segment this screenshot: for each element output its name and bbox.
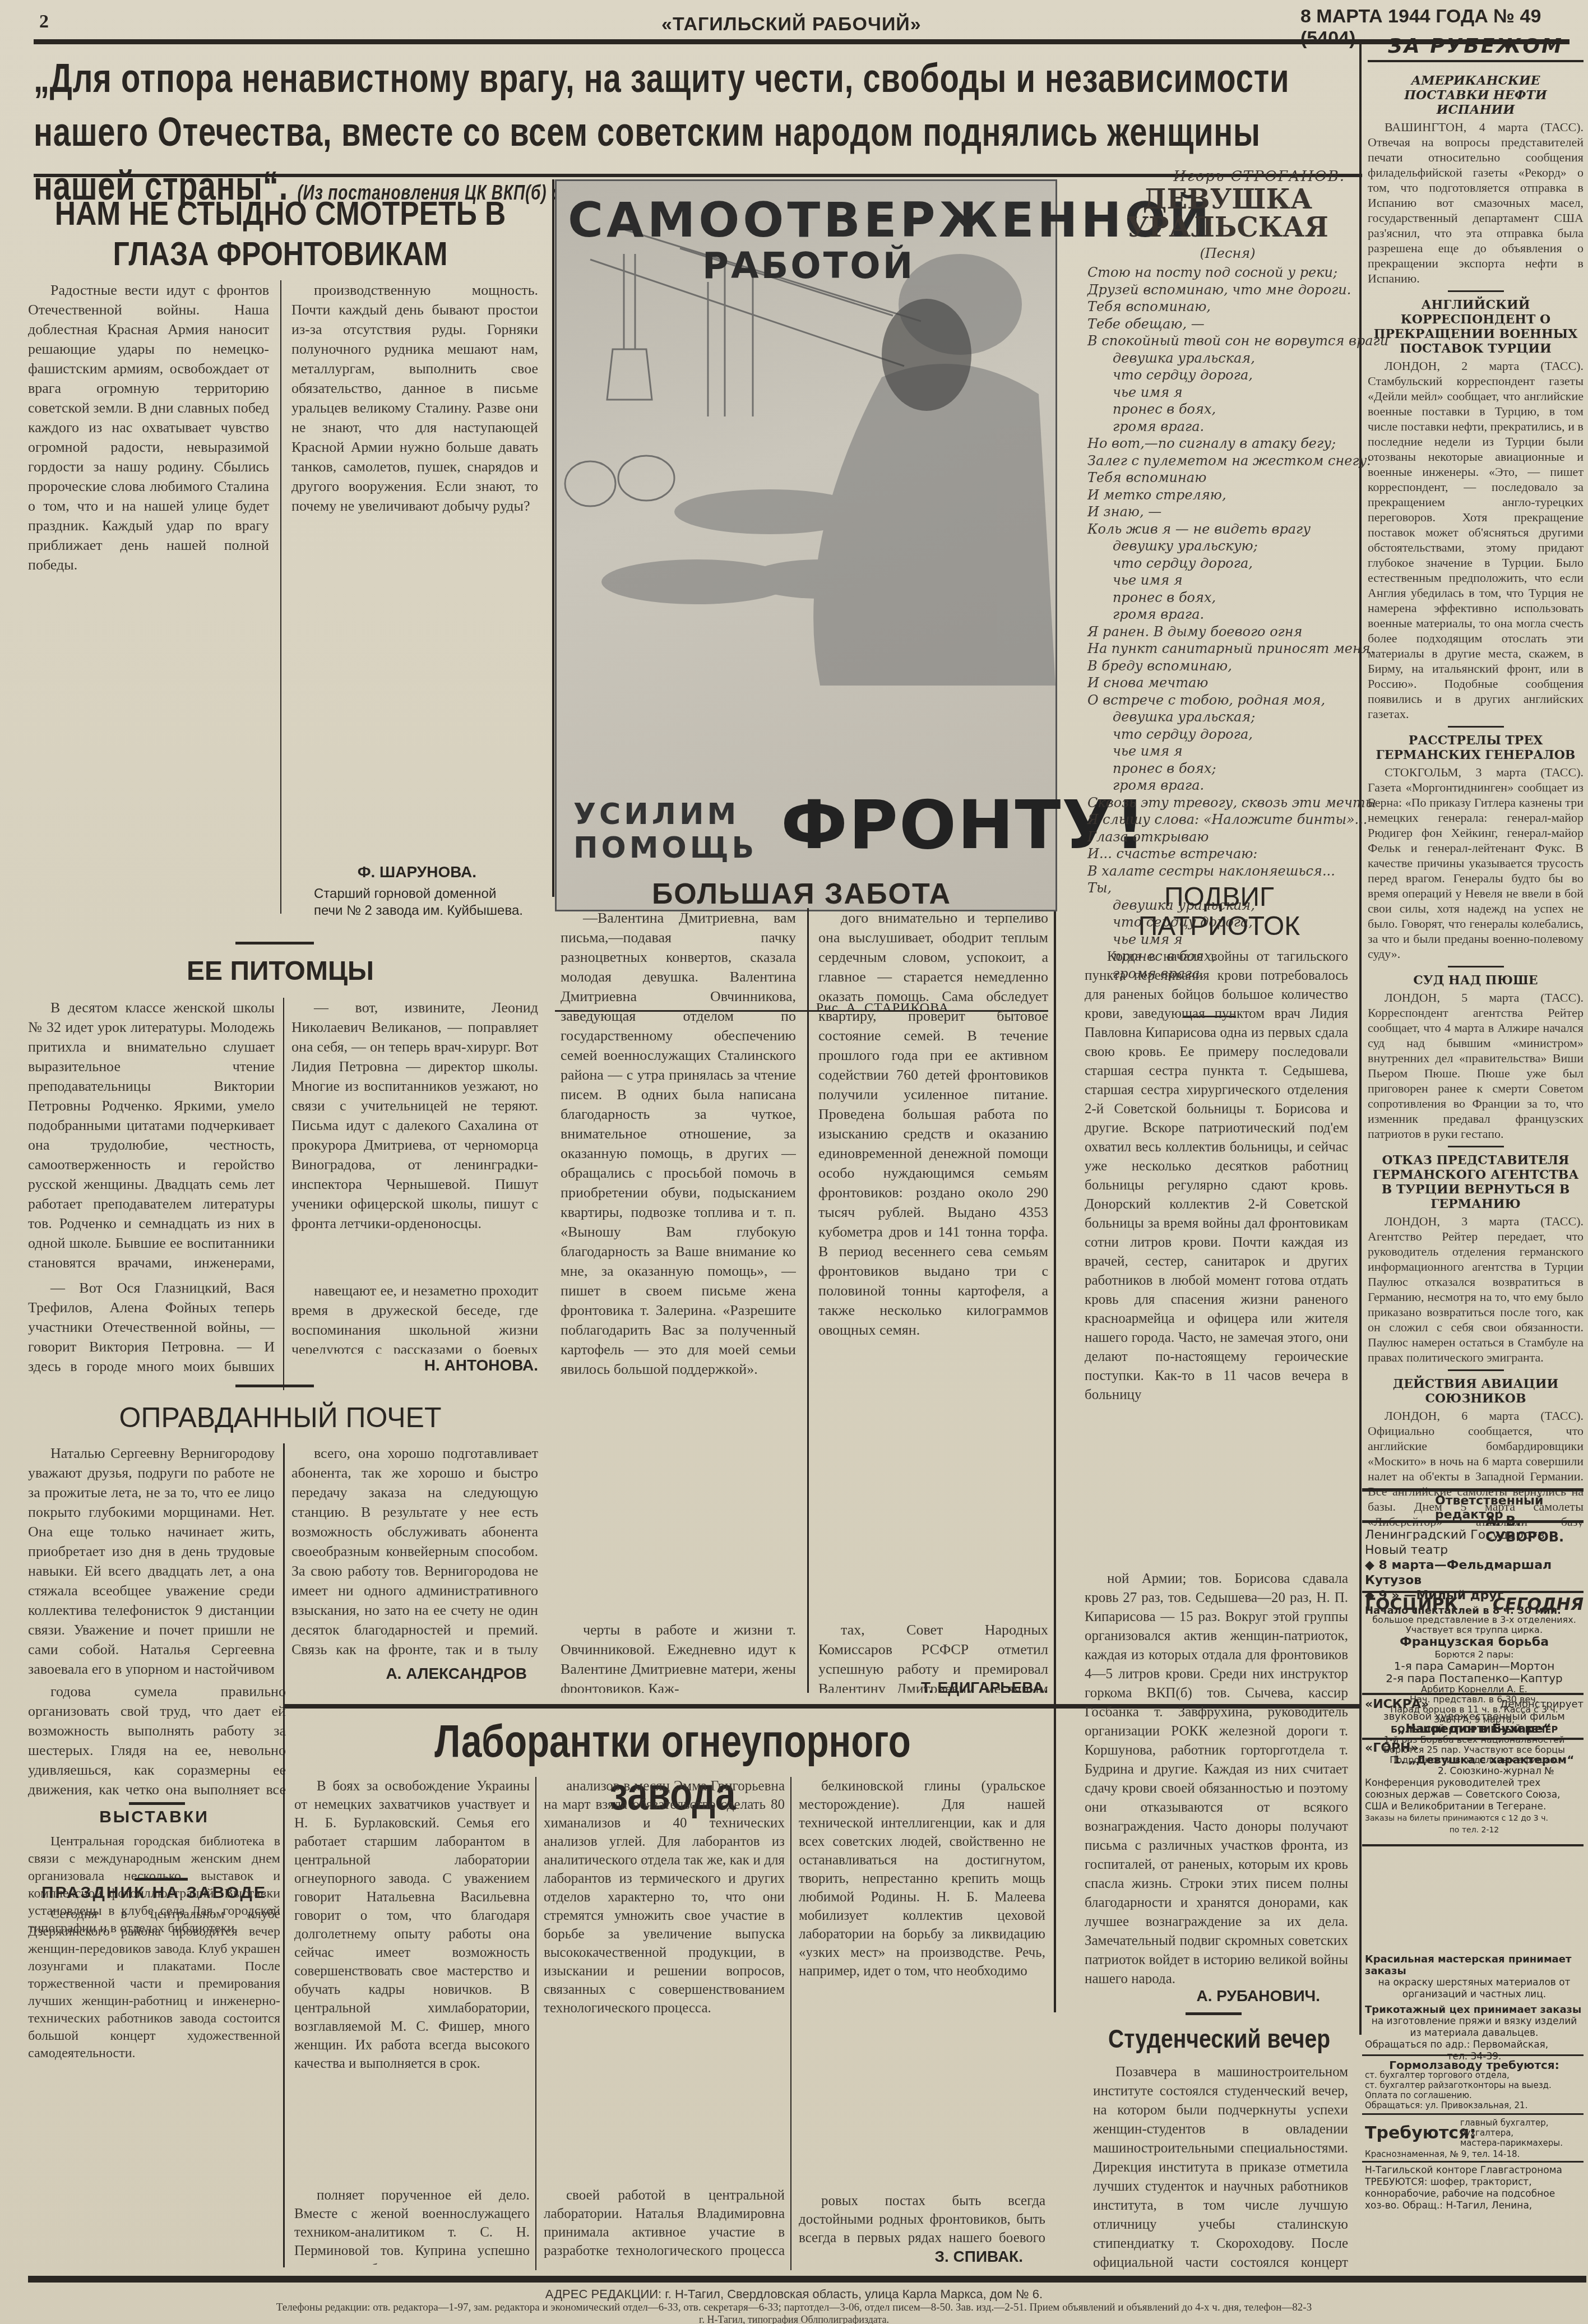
poem-line: Коль жив я — не видеть врагу (1087, 521, 1368, 538)
poem-line: девушку уральскую; (1087, 538, 1368, 555)
divider (1362, 1520, 1584, 1523)
divider (135, 1878, 188, 1881)
newspaper-page: 2 «ТАГИЛЬСКИЙ РАБОЧИЙ» 8 МАРТА 1944 ГОДА… (0, 0, 1588, 2324)
poem-line: что сердцу дорога, (1087, 367, 1368, 384)
article-body: — Вот Ося Глазницкий, Вася Трефилов, Але… (28, 1278, 275, 1379)
divider (1448, 1146, 1504, 1147)
page-number: 2 (39, 11, 49, 33)
article-body: — вот, извините, Леонид Николаевич Велик… (291, 998, 538, 1278)
poem-line: Сквозь эту тревогу, сквозь эти мечты (1087, 794, 1368, 812)
article-body: В десятом классе женской школы № 32 идет… (28, 998, 275, 1278)
article-body: всего, она хорошо подготавливает абонент… (291, 1443, 538, 1662)
footer: АДРЕС РЕДАКЦИИ: г. Н-Тагил, Свердловская… (0, 2287, 1588, 2324)
iskra-cinema-ad: «ИСКРА»Демонстрирует звуковой художестве… (1365, 1698, 1584, 1735)
poster-bottom-small: УСИЛИМ ПОМОЩЬ (573, 798, 757, 865)
divider (1186, 2012, 1242, 2015)
column-divider (535, 1777, 536, 2270)
news-headline: РАССТРЕЛЫ ТРЕХ ГЕРМАНСКИХ ГЕНЕРАЛОВ (1368, 733, 1584, 762)
poem-lines: Стою на посту под сосной у реки;Друзей в… (1087, 264, 1368, 982)
poem-line: Друзей вспоминаю, что мне дороги. (1087, 281, 1368, 299)
divider (1448, 290, 1504, 292)
poem-line: громя врага. (1087, 606, 1368, 623)
section-title-abroad: ЗА РУБЕЖОМ (1368, 35, 1584, 62)
divider (1362, 1844, 1584, 1846)
article-title: НАМ НЕ СТЫДНО СМОТРЕТЬ В ГЛАЗА ФРОНТОВИК… (49, 193, 512, 274)
poem-line: И снова мечтаю (1087, 674, 1368, 692)
article-signature: А. РУБАНОВИЧ. (1085, 1987, 1320, 2005)
signature-note: Старший горновой доменной печи № 2 завод… (314, 886, 527, 919)
dye-shop-ad: Красильная мастерская принимает заказы н… (1365, 1953, 1584, 2063)
article-body: Когда в начале войны от тагильского пунк… (1085, 947, 1348, 1575)
poem-line: Тебя вспоминаю, (1087, 298, 1368, 316)
article-body: своей работой в центральной лаборатории.… (544, 2186, 785, 2265)
article-body: полняет порученное ей дело. Вместе с жен… (294, 2186, 530, 2265)
poem-author: Игорь СТРОГАНОВ. (1087, 168, 1368, 186)
poem-line: В бреду вспоминаю, (1087, 658, 1368, 675)
divider (1362, 2161, 1584, 2163)
divider (1448, 966, 1504, 967)
poem-line: В спокойный твой сон не ворвутся враги (1087, 332, 1368, 350)
column-divider (283, 998, 284, 1390)
poem-line: пронес в боях, (1087, 589, 1368, 607)
poem-line: И... счастье встречаю: (1087, 845, 1368, 863)
news-body: ВАШИНГТОН, 4 марта (ТАСС). Отвечая на во… (1368, 119, 1584, 286)
article-title: Студенческий вечер (1105, 2024, 1334, 2054)
editorial-address: АДРЕС РЕДАКЦИИ: г. Н-Тагил, Свердловская… (0, 2287, 1588, 2302)
news-body: СТОКГОЛЬМ, 3 марта (ТАСС). Газета «Морго… (1368, 765, 1584, 961)
news-headline: ОТКАЗ ПРЕДСТАВИТЕЛЯ ГЕРМАНСКОГО АГЕНТСТВ… (1368, 1153, 1584, 1211)
divider (1362, 1693, 1584, 1695)
column-divider (283, 1443, 285, 2267)
news-headline: ДЕЙСТВИЯ АВИАЦИИ СОЮЗНИКОВ (1368, 1377, 1584, 1406)
column-divider (807, 908, 809, 1693)
article-body: дого внимательно и терпеливо она выслуши… (818, 908, 1048, 1592)
poem-line: чье имя я (1087, 743, 1368, 760)
divider (1362, 2113, 1584, 2115)
divider (1448, 1369, 1504, 1371)
article-signature: З. СПИВАК. (799, 2248, 1023, 2266)
article-body: черты в работе и жизни т. Овчинниковой. … (561, 1620, 796, 1693)
article-body: ровых постах быть всегда достойными родн… (799, 2192, 1045, 2248)
news-body: ЛОНДОН, 3 марта (ТАСС). Агентство Рейтер… (1368, 1214, 1584, 1365)
poem-line: пронес в боях; (1087, 760, 1368, 777)
poem-line: громя врага. (1087, 418, 1368, 436)
column-divider (1054, 874, 1056, 2012)
article-body: Радостные вести идут с фронтов Отечестве… (28, 280, 269, 897)
article-signature: Ф. ШАРУНОВА. (291, 863, 476, 881)
abroad-news-item: СУД НАД ПЮШЕЛОНДОН, 5 марта (ТАСС). Корр… (1368, 973, 1584, 1147)
poem-line: Я слышу слова: «Наложите бинты»... (1087, 811, 1368, 828)
article-title: ВЫСТАВКИ (22, 1808, 286, 1827)
poem-line: Тебя вспоминаю (1087, 469, 1368, 487)
poem-line: что сердцу дорога, (1087, 555, 1368, 572)
article-body: В боях за освобождение Украины от немецк… (294, 1777, 530, 2181)
poem-line: Стою на посту под сосной у реки; (1087, 264, 1368, 281)
glavgastronom-ad: Н-Тагильской конторе Главгастронома ТРЕБ… (1365, 2165, 1584, 2212)
column-divider (280, 280, 281, 914)
poem-line: И знаю, — (1087, 503, 1368, 521)
article-body: навещают ее, и незаметно проходит время … (291, 1281, 538, 1354)
poem-line: Я ранен. В дыму боевого огня (1087, 623, 1368, 641)
poem-line: На пункт санитарный приносят меня. (1087, 640, 1368, 658)
abroad-news-item: АНГЛИЙСКИЙ КОРРЕСПОНДЕНТ О ПРЕКРАЩЕНИИ В… (1368, 298, 1584, 728)
abroad-news-item: ОТКАЗ ПРЕДСТАВИТЕЛЯ ГЕРМАНСКОГО АГЕНТСТВ… (1368, 1153, 1584, 1371)
editorial-phones: Телефоны редакции: отв. редактора—1-97, … (0, 2302, 1588, 2314)
poem-subtitle: (Песня) (1087, 245, 1368, 262)
article-signature: Н. АНТОНОВА. (291, 1357, 538, 1374)
news-body: ЛОНДОН, 2 марта (ТАСС). Стамбульский кор… (1368, 358, 1584, 721)
poem-line: Тебе обещаю, — (1087, 316, 1368, 333)
abroad-news-item: РАССТРЕЛЫ ТРЕХ ГЕРМАНСКИХ ГЕНЕРАЛОВСТОКГ… (1368, 733, 1584, 967)
gormolzavod-ad: Гормолзаводу требуются: ст. бухгалтер то… (1365, 2060, 1584, 2110)
divider (1362, 2054, 1584, 2056)
article-body: белкиновской глины (уральское месторожде… (799, 1777, 1045, 2181)
divider (235, 942, 314, 945)
abroad-news-item: АМЕРИКАНСКИЕ ПОСТАВКИ НЕФТИ ИСПАНИИВАШИН… (1368, 73, 1584, 292)
poster-illustration: САМООТВЕРЖЕННОЙ РАБОТОЙ УСИЛИМ ПОМОЩЬ ФР… (555, 179, 1057, 911)
poem-line: девушка уральская, (1087, 350, 1368, 367)
poem-line: Но вот,—по сигналу в атаку бегу; (1087, 435, 1368, 452)
poem-line: что сердцу дорога, (1087, 726, 1368, 743)
divider (1362, 1591, 1584, 1593)
news-headline: АНГЛИЙСКИЙ КОРРЕСПОНДЕНТ О ПРЕКРАЩЕНИИ В… (1368, 298, 1584, 356)
article-body: Наталью Сергеевну Вернигородову уважают … (28, 1443, 275, 1679)
print-info: г. Н-Тагил, типография Облполиграфиздата… (0, 2314, 1588, 2324)
poem-title: ДЕВУШКА УРАЛЬСКАЯ (1087, 186, 1368, 242)
article-body: —Валентина Дмитриевна, вам письма,—подав… (561, 908, 796, 1592)
article-title: ПОДВИГ ПАТРИОТОК (1085, 883, 1354, 941)
poem-line: О встрече с тобою, родная моя, (1087, 692, 1368, 709)
gorn-cinema-ad: «ГОРН» 1. „Девушка с характером“ 2. Союз… (1365, 1742, 1584, 1836)
article-body: Сегодня в центральном клубе Дзержинского… (28, 1906, 280, 2265)
poem-line: В халате сестры наклоняешься... (1087, 863, 1368, 880)
masthead-rule (34, 39, 1570, 44)
newspaper-name: «ТАГИЛЬСКИЙ РАБОЧИЙ» (661, 13, 922, 35)
article-title: ПРАЗДНИК НА ЗАВОДЕ (22, 1883, 286, 1902)
article-signature: А. АЛЕКСАНДРОВ (291, 1665, 527, 1683)
divider (1362, 1488, 1584, 1492)
news-body: ЛОНДОН, 5 марта (ТАСС). Корреспондент аг… (1368, 990, 1584, 1141)
news-headline: СУД НАД ПЮШЕ (1368, 973, 1584, 988)
abroad-news-list: АМЕРИКАНСКИЕ ПОСТАВКИ НЕФТИ ИСПАНИИВАШИН… (1368, 70, 1584, 1527)
required-ad: Требуются: главный бухгалтер, бухгалтера… (1365, 2118, 1584, 2159)
column-divider (790, 1777, 791, 2270)
article-body: Позавчера в машиностроительном институте… (1093, 2063, 1348, 2270)
poster-top-line2: РАБОТОЙ (702, 246, 915, 287)
poem-line: чье имя я (1087, 572, 1368, 589)
article-signature: Т. ЕДИГАРЬЕВА. (818, 1679, 1048, 1697)
poem-line: Глаза открываю (1087, 828, 1368, 846)
article-body: анализов в месяц Эмма Григорьевна на мар… (544, 1777, 785, 2181)
poem-line: чье имя я (1087, 384, 1368, 401)
poem-line: громя врага. (1087, 777, 1368, 794)
divider (1448, 726, 1504, 728)
poem-line: пронес в боях, (1087, 401, 1368, 418)
article-title: ОПРАВДАННЫЙ ПОЧЕТ (11, 1401, 549, 1434)
article-body: ной Армии; тов. Борисова сдавала кровь 2… (1085, 1570, 1348, 1984)
footer-rule (28, 2276, 1586, 2283)
column-divider (552, 179, 554, 897)
poem: Игорь СТРОГАНОВ. ДЕВУШКА УРАЛЬСКАЯ (Песн… (1087, 168, 1368, 982)
divider (1362, 1738, 1584, 1740)
divider (235, 1385, 314, 1387)
article-body: производственную мощность. Почти каждый … (291, 280, 538, 835)
poem-line: девушка уральская; (1087, 709, 1368, 726)
poster-top-line1: САМООТВЕРЖЕННОЙ (568, 192, 1061, 248)
article-title: БОЛЬШАЯ ЗАБОТА (555, 877, 1048, 911)
poem-line: Залег с пулеметом на жестком снегу: (1087, 452, 1368, 470)
article-title: ЕЕ ПИТОМЦЫ (11, 956, 549, 987)
article-body: годова сумела правильно организовать сво… (28, 1682, 286, 1799)
poem-line: И метко стреляю, (1087, 487, 1368, 504)
news-headline: АМЕРИКАНСКИЕ ПОСТАВКИ НЕФТИ ИСПАНИИ (1368, 73, 1584, 117)
divider (129, 1802, 185, 1805)
